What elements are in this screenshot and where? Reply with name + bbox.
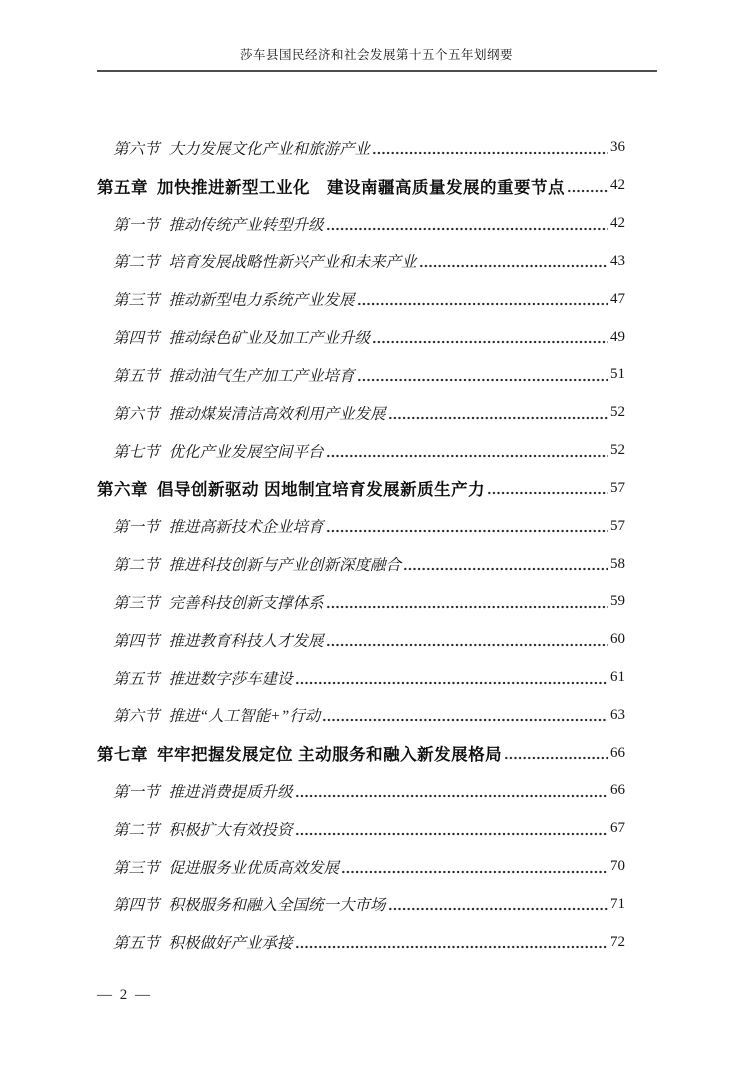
toc-entry-section[interactable]: 第二节积极扩大有效投资67 (97, 810, 657, 848)
dot-leader (326, 642, 608, 648)
dot-leader (487, 490, 608, 496)
dot-leader (419, 263, 608, 269)
toc-entry-label: 第四节 (113, 326, 160, 348)
toc-entry-section[interactable]: 第六节推动煤炭清洁高效利用产业发展52 (97, 394, 657, 432)
toc-entry-title: 加快推进新型工业化 建设南疆高质量发展的重要节点 (157, 174, 565, 198)
document-page: 莎车县国民经济和社会发展第十五个五年划纲要 第六节大力发展文化产业和旅游产业36… (0, 0, 753, 1066)
toc-entry-label: 第五章 (97, 174, 148, 198)
toc-entry-section[interactable]: 第五节推动油气生产加工产业培育51 (97, 356, 657, 394)
page-footer: — 2 — (97, 987, 152, 1004)
toc-entry-page: 42 (610, 177, 625, 194)
toc-entry-page: 49 (610, 329, 625, 346)
toc-entry-label: 第七章 (97, 741, 148, 765)
toc-entry-title: 优化产业发展空间平台 (169, 440, 324, 462)
toc-entry-title: 推进消费提质升级 (169, 780, 293, 802)
toc-entry-label: 第四节 (113, 629, 160, 651)
toc-entry-section[interactable]: 第三节完善科技创新支撑体系59 (97, 583, 657, 621)
toc-entry-page: 52 (610, 404, 625, 421)
toc-entry-page: 51 (610, 366, 625, 383)
toc-entry-page: 57 (610, 518, 625, 535)
toc-entry-section[interactable]: 第六节推进“人工智能+”行动63 (97, 696, 657, 734)
page-number: — 2 — (97, 987, 152, 1003)
toc-entry-page: 43 (610, 253, 625, 270)
toc-entry-section[interactable]: 第四节推进教育科技人才发展60 (97, 621, 657, 659)
header-rule (97, 70, 657, 72)
toc-entry-title: 推动油气生产加工产业培育 (169, 364, 355, 386)
dot-leader (322, 717, 608, 723)
toc-entry-page: 61 (610, 669, 625, 686)
toc-entry-page: 59 (610, 593, 625, 610)
toc-entry-title: 完善科技创新支撑体系 (169, 591, 324, 613)
toc-entry-label: 第三节 (113, 591, 160, 613)
dot-leader (357, 301, 608, 307)
toc-entry-page: 47 (610, 291, 625, 308)
toc-entry-label: 第五节 (113, 364, 160, 386)
toc-entry-title: 推动新型电力系统产业发展 (169, 288, 355, 310)
toc-entry-page: 58 (610, 556, 625, 573)
toc-entry-title: 推进科技创新与产业创新深度融合 (169, 553, 402, 575)
dot-leader (567, 188, 608, 194)
toc-entry-page: 66 (610, 745, 625, 762)
toc-entry-page: 67 (610, 820, 625, 837)
dot-leader (372, 150, 608, 156)
toc-entry-section[interactable]: 第一节推动传统产业转型升级42 (97, 205, 657, 243)
dot-leader (295, 793, 608, 799)
dot-leader (326, 226, 608, 232)
dot-leader (326, 528, 608, 534)
toc-entry-title: 推动传统产业转型升级 (169, 213, 324, 235)
toc-entry-page: 42 (610, 215, 625, 232)
toc-entry-section[interactable]: 第六节大力发展文化产业和旅游产业36 (97, 129, 657, 167)
toc-entry-title: 大力发展文化产业和旅游产业 (169, 137, 371, 159)
toc-entry-page: 72 (610, 934, 625, 951)
dot-leader (504, 755, 608, 761)
toc-entry-title: 积极服务和融入全国统一大市场 (169, 893, 386, 915)
toc-entry-section[interactable]: 第四节积极服务和融入全国统一大市场71 (97, 886, 657, 924)
toc-entry-title: 牢牢把握发展定位 主动服务和融入新发展格局 (157, 741, 502, 765)
dot-leader (372, 339, 608, 345)
toc-entry-section[interactable]: 第二节推进科技创新与产业创新深度融合58 (97, 545, 657, 583)
running-header-title: 莎车县国民经济和社会发展第十五个五年划纲要 (0, 48, 753, 63)
toc-entry-title: 倡导创新驱动 因地制宜培育发展新质生产力 (157, 476, 485, 500)
dot-leader (326, 453, 608, 459)
dot-leader (403, 566, 608, 572)
toc-entry-page: 36 (610, 139, 625, 156)
toc-entry-page: 63 (610, 707, 625, 724)
toc-entry-label: 第一节 (113, 515, 160, 537)
toc-entry-title: 推动煤炭清洁高效利用产业发展 (169, 402, 386, 424)
toc-entry-title: 培育发展战略性新兴产业和未来产业 (169, 250, 417, 272)
toc-entry-page: 57 (610, 480, 625, 497)
toc-entry-label: 第五节 (113, 931, 160, 953)
toc-entry-section[interactable]: 第七节优化产业发展空间平台52 (97, 432, 657, 470)
toc-entry-section[interactable]: 第三节促进服务业优质高效发展70 (97, 848, 657, 886)
toc-entry-title: 促进服务业优质高效发展 (169, 856, 340, 878)
dot-leader (326, 604, 608, 610)
toc-entry-label: 第一节 (113, 780, 160, 802)
toc-entry-section[interactable]: 第五节积极做好产业承接72 (97, 923, 657, 961)
dot-leader (388, 415, 608, 421)
toc-entry-label: 第七节 (113, 440, 160, 462)
toc-entry-label: 第一节 (113, 213, 160, 235)
dot-leader (357, 377, 608, 383)
toc-entry-section[interactable]: 第二节培育发展战略性新兴产业和未来产业43 (97, 242, 657, 280)
toc-entry-page: 66 (610, 782, 625, 799)
toc-entry-chapter[interactable]: 第五章加快推进新型工业化 建设南疆高质量发展的重要节点42 (97, 167, 657, 205)
toc-entry-title: 推进“人工智能+”行动 (169, 704, 321, 726)
toc-entry-label: 第六章 (97, 476, 148, 500)
toc-entry-section[interactable]: 第五节推进数字莎车建设61 (97, 659, 657, 697)
toc-entry-label: 第二节 (113, 250, 160, 272)
toc-entry-section[interactable]: 第一节推进高新技术企业培育57 (97, 507, 657, 545)
toc-list: 第六节大力发展文化产业和旅游产业36第五章加快推进新型工业化 建设南疆高质量发展… (97, 129, 657, 961)
toc-entry-page: 70 (610, 858, 625, 875)
toc-entry-title: 推进数字莎车建设 (169, 667, 293, 689)
toc-entry-section[interactable]: 第一节推进消费提质升级66 (97, 772, 657, 810)
toc-entry-label: 第二节 (113, 818, 160, 840)
toc-entry-page: 60 (610, 631, 625, 648)
dot-leader (295, 831, 608, 837)
toc-entry-label: 第二节 (113, 553, 160, 575)
toc-entry-title: 推动绿色矿业及加工产业升级 (169, 326, 371, 348)
toc-entry-label: 第六节 (113, 704, 160, 726)
dot-leader (388, 906, 608, 912)
toc-entry-page: 71 (610, 896, 625, 913)
dot-leader (295, 944, 608, 950)
toc-entry-chapter[interactable]: 第六章倡导创新驱动 因地制宜培育发展新质生产力57 (97, 469, 657, 507)
toc-entry-page: 52 (610, 442, 625, 459)
dot-leader (341, 869, 608, 875)
toc-entry-title: 推进高新技术企业培育 (169, 515, 324, 537)
toc-entry-label: 第三节 (113, 856, 160, 878)
toc-entry-section[interactable]: 第三节推动新型电力系统产业发展47 (97, 280, 657, 318)
toc-entry-label: 第五节 (113, 667, 160, 689)
dot-leader (295, 680, 608, 686)
toc-entry-label: 第四节 (113, 893, 160, 915)
toc-entry-label: 第六节 (113, 137, 160, 159)
toc-entry-title: 积极扩大有效投资 (169, 818, 293, 840)
toc-entry-title: 推进教育科技人才发展 (169, 629, 324, 651)
toc-entry-label: 第三节 (113, 288, 160, 310)
toc-entry-chapter[interactable]: 第七章牢牢把握发展定位 主动服务和融入新发展格局66 (97, 734, 657, 772)
toc-entry-title: 积极做好产业承接 (169, 931, 293, 953)
toc-entry-label: 第六节 (113, 402, 160, 424)
toc-entry-section[interactable]: 第四节推动绿色矿业及加工产业升级49 (97, 318, 657, 356)
